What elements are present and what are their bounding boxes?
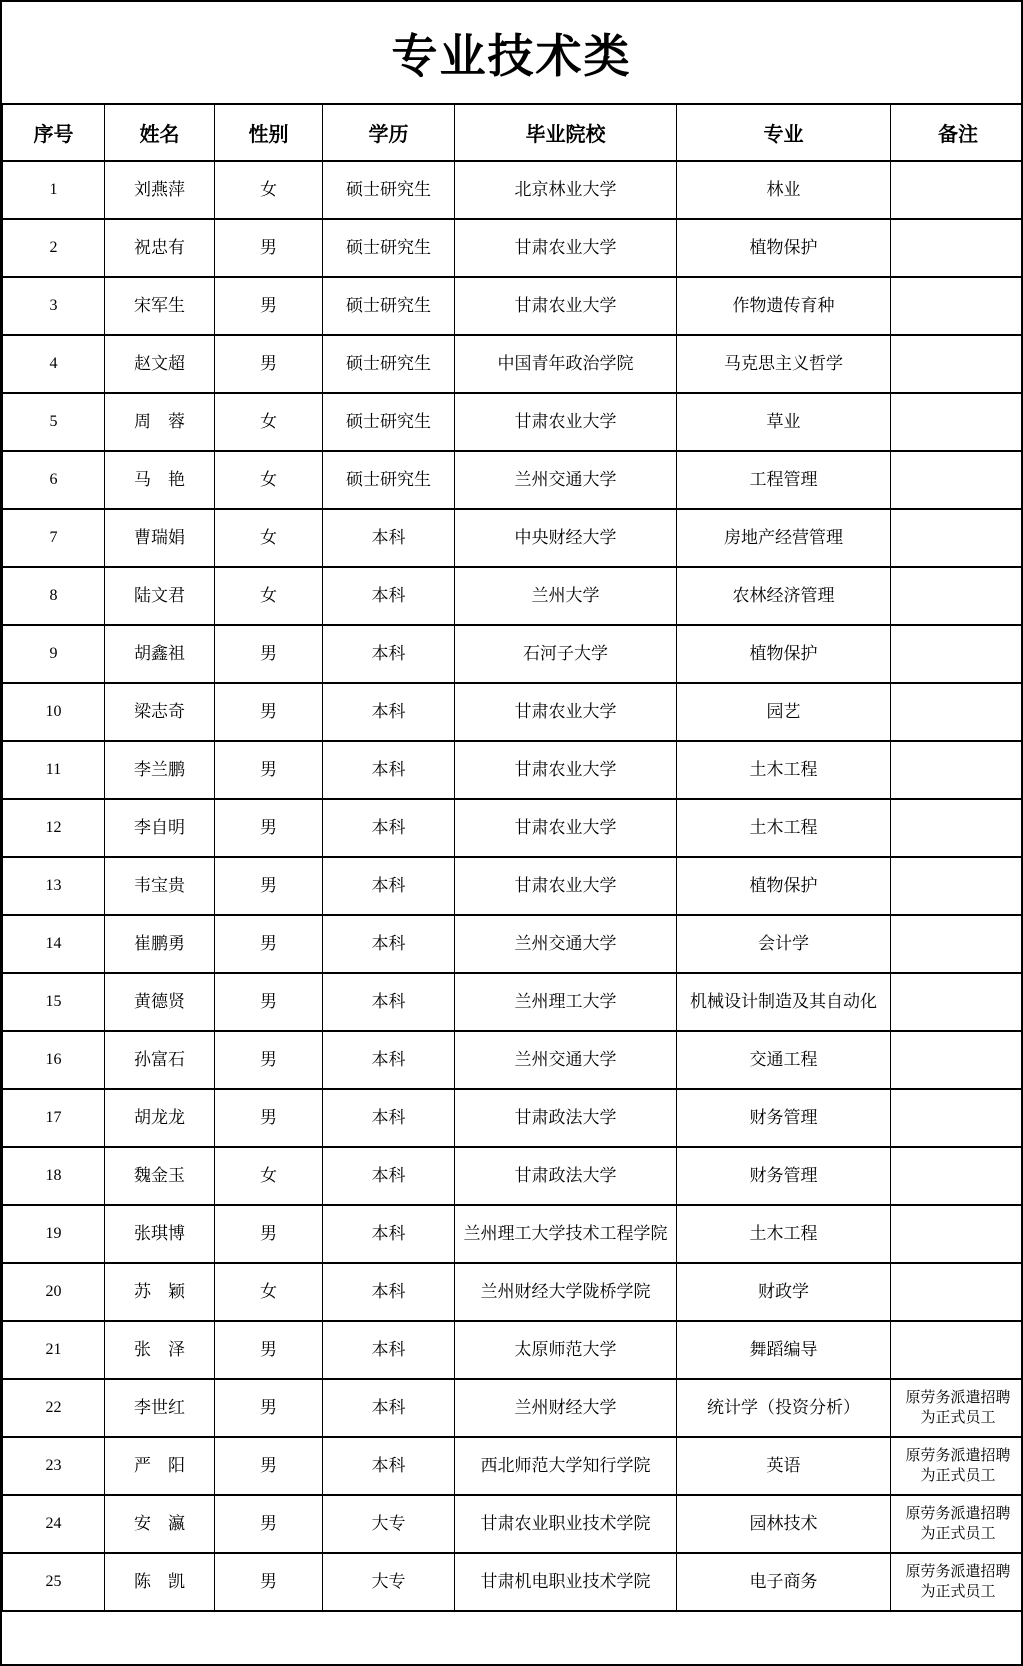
cell-major: 植物保护 (677, 857, 891, 915)
cell-gender: 男 (215, 1089, 323, 1147)
cell-major: 作物遗传育种 (677, 277, 891, 335)
cell-gender: 男 (215, 741, 323, 799)
cell-school: 甘肃农业大学 (455, 393, 677, 451)
cell-remark (891, 1031, 1023, 1089)
cell-remark (891, 335, 1023, 393)
cell-education: 硕士研究生 (323, 335, 455, 393)
cell-no: 12 (3, 799, 105, 857)
cell-school: 兰州理工大学技术工程学院 (455, 1205, 677, 1263)
cell-remark (891, 393, 1023, 451)
cell-education: 大专 (323, 1495, 455, 1553)
table-row: 21张 泽男本科太原师范大学舞蹈编导 (3, 1321, 1023, 1379)
cell-remark (891, 219, 1023, 277)
cell-major: 农林经济管理 (677, 567, 891, 625)
cell-school: 甘肃农业大学 (455, 219, 677, 277)
cell-major: 园艺 (677, 683, 891, 741)
cell-major: 土木工程 (677, 799, 891, 857)
cell-remark: 原劳务派遣招聘为正式员工 (891, 1553, 1023, 1611)
cell-name: 李世红 (105, 1379, 215, 1437)
cell-gender: 男 (215, 683, 323, 741)
cell-major: 植物保护 (677, 219, 891, 277)
table-row: 5周 蓉女硕士研究生甘肃农业大学草业 (3, 393, 1023, 451)
cell-remark (891, 567, 1023, 625)
cell-gender: 女 (215, 1263, 323, 1321)
cell-no: 5 (3, 393, 105, 451)
cell-school: 甘肃农业职业技术学院 (455, 1495, 677, 1553)
cell-no: 17 (3, 1089, 105, 1147)
cell-education: 本科 (323, 567, 455, 625)
table-row: 7曹瑞娟女本科中央财经大学房地产经营管理 (3, 509, 1023, 567)
table-row: 15黄德贤男本科兰州理工大学机械设计制造及其自动化 (3, 973, 1023, 1031)
cell-gender: 男 (215, 1031, 323, 1089)
cell-major: 园林技术 (677, 1495, 891, 1553)
table-row: 20苏 颖女本科兰州财经大学陇桥学院财政学 (3, 1263, 1023, 1321)
cell-no: 23 (3, 1437, 105, 1495)
cell-gender: 女 (215, 567, 323, 625)
cell-remark (891, 1263, 1023, 1321)
cell-name: 胡龙龙 (105, 1089, 215, 1147)
cell-major: 财务管理 (677, 1089, 891, 1147)
cell-education: 本科 (323, 1379, 455, 1437)
cell-name: 李兰鹏 (105, 741, 215, 799)
cell-education: 大专 (323, 1553, 455, 1611)
column-header-2: 性别 (215, 104, 323, 161)
cell-gender: 男 (215, 335, 323, 393)
cell-name: 胡鑫祖 (105, 625, 215, 683)
cell-education: 本科 (323, 1089, 455, 1147)
table-row: 11李兰鹏男本科甘肃农业大学土木工程 (3, 741, 1023, 799)
cell-no: 21 (3, 1321, 105, 1379)
cell-education: 本科 (323, 1205, 455, 1263)
cell-name: 马 艳 (105, 451, 215, 509)
cell-gender: 女 (215, 1147, 323, 1205)
cell-school: 西北师范大学知行学院 (455, 1437, 677, 1495)
table-row: 6马 艳女硕士研究生兰州交通大学工程管理 (3, 451, 1023, 509)
table-row: 9胡鑫祖男本科石河子大学植物保护 (3, 625, 1023, 683)
table-row: 17胡龙龙男本科甘肃政法大学财务管理 (3, 1089, 1023, 1147)
cell-education: 本科 (323, 1263, 455, 1321)
cell-name: 祝忠有 (105, 219, 215, 277)
cell-major: 工程管理 (677, 451, 891, 509)
cell-school: 兰州大学 (455, 567, 677, 625)
cell-name: 崔鹏勇 (105, 915, 215, 973)
cell-education: 本科 (323, 625, 455, 683)
cell-name: 安 瀛 (105, 1495, 215, 1553)
cell-name: 陈 凯 (105, 1553, 215, 1611)
cell-school: 兰州理工大学 (455, 973, 677, 1031)
cell-major: 植物保护 (677, 625, 891, 683)
cell-major: 土木工程 (677, 1205, 891, 1263)
cell-no: 9 (3, 625, 105, 683)
cell-no: 18 (3, 1147, 105, 1205)
title-block: 专业技术类 (2, 2, 1021, 103)
table-row: 1刘燕萍女硕士研究生北京林业大学林业 (3, 161, 1023, 219)
table-row: 12李自明男本科甘肃农业大学土木工程 (3, 799, 1023, 857)
cell-no: 22 (3, 1379, 105, 1437)
cell-gender: 女 (215, 451, 323, 509)
cell-no: 14 (3, 915, 105, 973)
cell-no: 13 (3, 857, 105, 915)
cell-gender: 男 (215, 219, 323, 277)
cell-school: 甘肃农业大学 (455, 857, 677, 915)
cell-major: 土木工程 (677, 741, 891, 799)
cell-gender: 男 (215, 915, 323, 973)
column-header-3: 学历 (323, 104, 455, 161)
table-row: 23严 阳男本科西北师范大学知行学院英语原劳务派遣招聘为正式员工 (3, 1437, 1023, 1495)
cell-name: 韦宝贵 (105, 857, 215, 915)
cell-gender: 男 (215, 1553, 323, 1611)
cell-education: 本科 (323, 1321, 455, 1379)
cell-remark (891, 857, 1023, 915)
cell-no: 11 (3, 741, 105, 799)
cell-major: 房地产经营管理 (677, 509, 891, 567)
cell-education: 硕士研究生 (323, 277, 455, 335)
cell-school: 甘肃农业大学 (455, 741, 677, 799)
cell-remark (891, 799, 1023, 857)
cell-remark: 原劳务派遣招聘为正式员工 (891, 1379, 1023, 1437)
cell-school: 甘肃农业大学 (455, 683, 677, 741)
cell-education: 硕士研究生 (323, 451, 455, 509)
cell-major: 马克思主义哲学 (677, 335, 891, 393)
page-title: 专业技术类 (392, 20, 632, 86)
cell-no: 15 (3, 973, 105, 1031)
cell-name: 李自明 (105, 799, 215, 857)
cell-remark (891, 1147, 1023, 1205)
cell-name: 曹瑞娟 (105, 509, 215, 567)
cell-school: 太原师范大学 (455, 1321, 677, 1379)
cell-school: 甘肃机电职业技术学院 (455, 1553, 677, 1611)
cell-name: 张琪博 (105, 1205, 215, 1263)
table-row: 22李世红男本科兰州财经大学统计学（投资分析）原劳务派遣招聘为正式员工 (3, 1379, 1023, 1437)
cell-major: 财务管理 (677, 1147, 891, 1205)
cell-gender: 男 (215, 1205, 323, 1263)
cell-no: 2 (3, 219, 105, 277)
cell-name: 梁志奇 (105, 683, 215, 741)
cell-school: 甘肃农业大学 (455, 799, 677, 857)
cell-remark (891, 741, 1023, 799)
cell-name: 赵文超 (105, 335, 215, 393)
cell-gender: 男 (215, 1495, 323, 1553)
cell-education: 本科 (323, 683, 455, 741)
cell-no: 19 (3, 1205, 105, 1263)
cell-no: 20 (3, 1263, 105, 1321)
cell-major: 林业 (677, 161, 891, 219)
cell-name: 刘燕萍 (105, 161, 215, 219)
cell-education: 本科 (323, 799, 455, 857)
cell-remark (891, 973, 1023, 1031)
cell-no: 7 (3, 509, 105, 567)
cell-gender: 男 (215, 625, 323, 683)
table-row: 16孙富石男本科兰州交通大学交通工程 (3, 1031, 1023, 1089)
cell-education: 硕士研究生 (323, 161, 455, 219)
cell-remark (891, 683, 1023, 741)
cell-education: 本科 (323, 509, 455, 567)
cell-major: 会计学 (677, 915, 891, 973)
cell-no: 8 (3, 567, 105, 625)
cell-school: 兰州交通大学 (455, 1031, 677, 1089)
cell-name: 宋军生 (105, 277, 215, 335)
column-header-1: 姓名 (105, 104, 215, 161)
cell-remark (891, 1089, 1023, 1147)
cell-education: 硕士研究生 (323, 219, 455, 277)
cell-education: 本科 (323, 741, 455, 799)
cell-major: 交通工程 (677, 1031, 891, 1089)
cell-school: 兰州财经大学陇桥学院 (455, 1263, 677, 1321)
table-row: 24安 瀛男大专甘肃农业职业技术学院园林技术原劳务派遣招聘为正式员工 (3, 1495, 1023, 1553)
table-row: 4赵文超男硕士研究生中国青年政治学院马克思主义哲学 (3, 335, 1023, 393)
table-row: 18魏金玉女本科甘肃政法大学财务管理 (3, 1147, 1023, 1205)
cell-major: 统计学（投资分析） (677, 1379, 891, 1437)
cell-name: 孙富石 (105, 1031, 215, 1089)
header-row: 序号姓名性别学历毕业院校专业备注 (3, 104, 1023, 161)
table-body: 1刘燕萍女硕士研究生北京林业大学林业2祝忠有男硕士研究生甘肃农业大学植物保护3宋… (3, 161, 1023, 1611)
cell-name: 周 蓉 (105, 393, 215, 451)
table-row: 14崔鹏勇男本科兰州交通大学会计学 (3, 915, 1023, 973)
cell-gender: 男 (215, 277, 323, 335)
cell-major: 机械设计制造及其自动化 (677, 973, 891, 1031)
roster-sheet: 专业技术类 序号姓名性别学历毕业院校专业备注 1刘燕萍女硕士研究生北京林业大学林… (0, 0, 1023, 1666)
table-row: 8陆文君女本科兰州大学农林经济管理 (3, 567, 1023, 625)
cell-remark (891, 161, 1023, 219)
cell-remark (891, 277, 1023, 335)
column-header-0: 序号 (3, 104, 105, 161)
cell-no: 25 (3, 1553, 105, 1611)
cell-school: 兰州交通大学 (455, 451, 677, 509)
cell-name: 黄德贤 (105, 973, 215, 1031)
cell-education: 本科 (323, 915, 455, 973)
cell-school: 兰州交通大学 (455, 915, 677, 973)
cell-remark (891, 509, 1023, 567)
cell-name: 张 泽 (105, 1321, 215, 1379)
cell-gender: 男 (215, 973, 323, 1031)
cell-education: 本科 (323, 857, 455, 915)
cell-education: 硕士研究生 (323, 393, 455, 451)
cell-major: 英语 (677, 1437, 891, 1495)
cell-school: 北京林业大学 (455, 161, 677, 219)
cell-major: 财政学 (677, 1263, 891, 1321)
cell-remark (891, 915, 1023, 973)
cell-major: 舞蹈编导 (677, 1321, 891, 1379)
cell-name: 严 阳 (105, 1437, 215, 1495)
cell-no: 4 (3, 335, 105, 393)
cell-gender: 女 (215, 161, 323, 219)
column-header-6: 备注 (891, 104, 1023, 161)
cell-school: 甘肃政法大学 (455, 1089, 677, 1147)
cell-remark (891, 451, 1023, 509)
cell-name: 魏金玉 (105, 1147, 215, 1205)
cell-school: 兰州财经大学 (455, 1379, 677, 1437)
cell-remark (891, 1321, 1023, 1379)
cell-remark (891, 625, 1023, 683)
cell-no: 16 (3, 1031, 105, 1089)
cell-name: 苏 颖 (105, 1263, 215, 1321)
column-header-5: 专业 (677, 104, 891, 161)
cell-major: 电子商务 (677, 1553, 891, 1611)
cell-no: 3 (3, 277, 105, 335)
cell-gender: 女 (215, 393, 323, 451)
personnel-table: 序号姓名性别学历毕业院校专业备注 1刘燕萍女硕士研究生北京林业大学林业2祝忠有男… (2, 103, 1023, 1612)
cell-school: 中国青年政治学院 (455, 335, 677, 393)
cell-remark: 原劳务派遣招聘为正式员工 (891, 1495, 1023, 1553)
cell-remark: 原劳务派遣招聘为正式员工 (891, 1437, 1023, 1495)
cell-gender: 男 (215, 1321, 323, 1379)
cell-school: 石河子大学 (455, 625, 677, 683)
cell-gender: 男 (215, 1379, 323, 1437)
cell-no: 1 (3, 161, 105, 219)
cell-major: 草业 (677, 393, 891, 451)
cell-name: 陆文君 (105, 567, 215, 625)
cell-gender: 男 (215, 799, 323, 857)
table-row: 10梁志奇男本科甘肃农业大学园艺 (3, 683, 1023, 741)
table-row: 2祝忠有男硕士研究生甘肃农业大学植物保护 (3, 219, 1023, 277)
column-header-4: 毕业院校 (455, 104, 677, 161)
table-row: 19张琪博男本科兰州理工大学技术工程学院土木工程 (3, 1205, 1023, 1263)
cell-school: 甘肃政法大学 (455, 1147, 677, 1205)
cell-education: 本科 (323, 1031, 455, 1089)
table-row: 25陈 凯男大专甘肃机电职业技术学院电子商务原劳务派遣招聘为正式员工 (3, 1553, 1023, 1611)
cell-no: 10 (3, 683, 105, 741)
cell-education: 本科 (323, 1147, 455, 1205)
cell-gender: 男 (215, 857, 323, 915)
cell-no: 6 (3, 451, 105, 509)
cell-education: 本科 (323, 973, 455, 1031)
cell-no: 24 (3, 1495, 105, 1553)
table-row: 13韦宝贵男本科甘肃农业大学植物保护 (3, 857, 1023, 915)
cell-remark (891, 1205, 1023, 1263)
cell-gender: 男 (215, 1437, 323, 1495)
cell-school: 甘肃农业大学 (455, 277, 677, 335)
table-row: 3宋军生男硕士研究生甘肃农业大学作物遗传育种 (3, 277, 1023, 335)
cell-gender: 女 (215, 509, 323, 567)
cell-education: 本科 (323, 1437, 455, 1495)
cell-school: 中央财经大学 (455, 509, 677, 567)
